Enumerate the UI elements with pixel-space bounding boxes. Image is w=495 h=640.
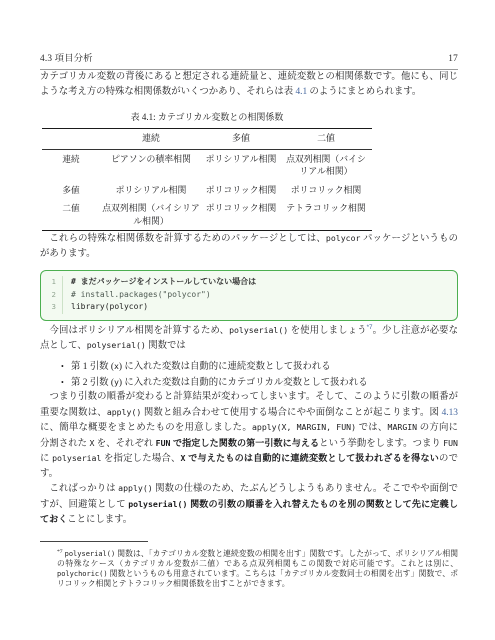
table-cell: ピアソンの積率相関 <box>100 149 202 181</box>
text-run: ) に入れた変数は自動的に連続変数として扱われる <box>119 362 331 372</box>
table-cell: 点双列相関（バイシリアル相関） <box>100 199 202 231</box>
table-cell: ポリシリアル相関 <box>202 149 280 181</box>
table-cell: ポリコリック相関 <box>202 181 280 200</box>
code-text: library(polycor) <box>71 301 148 314</box>
bullet-icon: • <box>61 376 71 391</box>
inline-code: polycor <box>326 233 361 243</box>
text-run: ことにします。 <box>67 515 132 525</box>
inline-code: library(polycor) <box>71 302 148 311</box>
inline-code-bold: FUN <box>156 438 171 448</box>
table-cell: ポリコリック相関 <box>202 199 280 231</box>
column-header: 連続 <box>100 129 202 150</box>
text-run: 第 2 引数 ( <box>71 378 114 388</box>
column-header <box>42 129 100 150</box>
bullet-icon: • <box>61 360 71 375</box>
row-label: 二値 <box>42 199 100 231</box>
column-header: 多値 <box>202 129 280 150</box>
inline-code: polyserial() <box>87 340 146 350</box>
table-row: 連続ピアソンの積率相関ポリシリアル相関点双列相関（バイシリアル相関） <box>42 149 372 181</box>
inline-code: polyserial <box>52 453 101 463</box>
paragraph-intro: カテゴリカル変数の背後にあると想定される連続量と、連続変数との相関係数です。他に… <box>40 70 458 99</box>
code-text: # install.packages("polycor") <box>71 289 211 302</box>
inline-code-bold: polyserial() <box>128 499 187 509</box>
table-cell: ポリシリアル相関 <box>100 181 202 200</box>
text-run: に <box>40 454 52 464</box>
document-page: 4.3 項目分析 17 カテゴリカル変数の背後にあると想定される連続量と、連続変… <box>0 0 495 640</box>
inline-code: polyserial() <box>65 550 116 558</box>
table-row: 多値ポリシリアル相関ポリコリック相関ポリコリック相関 <box>42 181 372 200</box>
table-block: 表 4.1: カテゴリカル変数との相関係数 連続多値二値 連続ピアソンの積率相関… <box>42 110 372 231</box>
text-run: では、 <box>356 423 388 433</box>
column-header: 二値 <box>280 129 372 150</box>
text-run: これらの特殊な相関係数を計算するためのパッケージとしては、 <box>50 234 326 244</box>
text-run: に、簡単な概要をまとめたものを用意しました。 <box>40 423 252 433</box>
line-number: 3 <box>41 301 63 314</box>
text-run: を指定した場合、 <box>101 454 180 464</box>
inline-code: apply(X, MARGIN, FUN) <box>252 422 356 432</box>
text-run: 関数というものも用意されています。こちらは「カテゴリカル変数同士の相関を出す」関… <box>57 569 458 588</box>
inline-code: apply() <box>107 407 142 417</box>
paragraph-polyserial: 今回はポリシリアル相関を計算するため、polyserial() を使用しましょう… <box>40 321 458 354</box>
text-run: を、それぞれ <box>94 439 155 449</box>
line-number: 1 <box>41 276 63 289</box>
code-comment-bold: # まだパッケージをインストールしていない場合は <box>71 277 256 286</box>
row-label: 連続 <box>42 149 100 181</box>
bullet-item: •第 1 引数 (x) に入れた変数は自動的に連続変数として扱われる <box>61 359 458 375</box>
section-title: 4.3 項目分析 <box>40 50 93 64</box>
code-text: # まだパッケージをインストールしていない場合は <box>71 276 256 289</box>
table-header-row: 連続多値二値 <box>42 129 372 150</box>
table-row: 二値点双列相関（バイシリアル相関）ポリコリック相関テトラコリック相関 <box>42 199 372 231</box>
correlation-table: 連続多値二値 連続ピアソンの積率相関ポリシリアル相関点双列相関（バイシリアル相関… <box>42 128 372 231</box>
inline-code: polyserial() <box>229 325 288 335</box>
code-line: 1# まだパッケージをインストールしていない場合は <box>41 276 449 289</box>
footnote-area: *7 polyserial() 関数は、「カテゴリカル変数と連続変数の相関を出す… <box>40 541 458 590</box>
table-cell: ポリコリック相関 <box>280 181 372 200</box>
table-head: 連続多値二値 <box>42 129 372 150</box>
line-number: 2 <box>41 289 63 302</box>
footnote-rule <box>40 541 148 542</box>
text-run: ) に入れた変数は自動的にカテゴリカル変数として扱われる <box>119 378 368 388</box>
bold-run: で指定した関数の第一引数に与える <box>170 438 319 448</box>
code-line: 3library(polycor) <box>41 301 449 314</box>
code-line: 2# install.packages("polycor") <box>41 289 449 302</box>
bullet-item: •第 2 引数 (y) に入れた変数は自動的にカテゴリカル変数として扱われる <box>61 375 458 391</box>
running-header: 4.3 項目分析 17 <box>40 50 458 70</box>
text-run: 関数と組み合わせて使用する場合にやや面倒なことが起こります。図 <box>141 408 441 418</box>
text-run: という挙動をします。つまり <box>319 439 443 449</box>
crossref-link[interactable]: 4.1 <box>295 87 307 97</box>
table-body: 連続ピアソンの積率相関ポリシリアル相関点双列相関（バイシリアル相関）多値ポリシリ… <box>42 149 372 231</box>
bullet-list: •第 1 引数 (x) に入れた変数は自動的に連続変数として扱われる•第 2 引… <box>40 359 458 391</box>
code-block: 1# まだパッケージをインストールしていない場合は2# install.pack… <box>40 270 458 321</box>
inline-code: apply() <box>118 483 153 493</box>
crossref-link[interactable]: 4.13 <box>442 408 458 418</box>
inline-code: polychoric() <box>57 570 108 578</box>
text-run: 第 1 引数 ( <box>71 362 114 372</box>
text-run: 関数は、「カテゴリカル変数と連続変数の相関を出す」関数です。したがって、ポリシリ… <box>57 549 458 568</box>
inline-code: MARGIN <box>388 422 418 432</box>
inline-code: FUN <box>443 438 458 448</box>
text-run: 今回はポリシリアル相関を計算するため、 <box>50 326 230 336</box>
text-run: こればっかりは <box>50 484 119 494</box>
table-cell: テトラコリック相関 <box>280 199 372 231</box>
paragraph-workaround: こればっかりは apply() 関数の仕様のため、たぶんどうしようもありません。… <box>40 481 458 528</box>
text-run: を使用しましょう <box>288 326 366 336</box>
paragraph-apply: つまり引数の順番が変わると計算結果が変わってしまいます。そして、このように引数の… <box>40 390 458 481</box>
page-number: 17 <box>448 54 458 64</box>
footnote: *7 polyserial() 関数は、「カテゴリカル変数と連続変数の相関を出す… <box>40 547 458 590</box>
text-run: 関数では <box>146 341 186 351</box>
table-caption: 表 4.1: カテゴリカル変数との相関係数 <box>42 110 372 123</box>
bold-run: で与えたものは自動的に連続変数として扱われざるを得ない <box>185 453 439 463</box>
text-run: のようにまとめられます。 <box>307 87 421 97</box>
table-cell: 点双列相関（バイシリアル相関） <box>280 149 372 181</box>
row-label: 多値 <box>42 181 100 200</box>
paragraph-package: これらの特殊な相関係数を計算するためのパッケージとしては、polycor パッケ… <box>40 231 458 261</box>
code-comment: # install.packages("polycor") <box>71 290 211 299</box>
footnote-marker: *7 <box>57 549 63 555</box>
